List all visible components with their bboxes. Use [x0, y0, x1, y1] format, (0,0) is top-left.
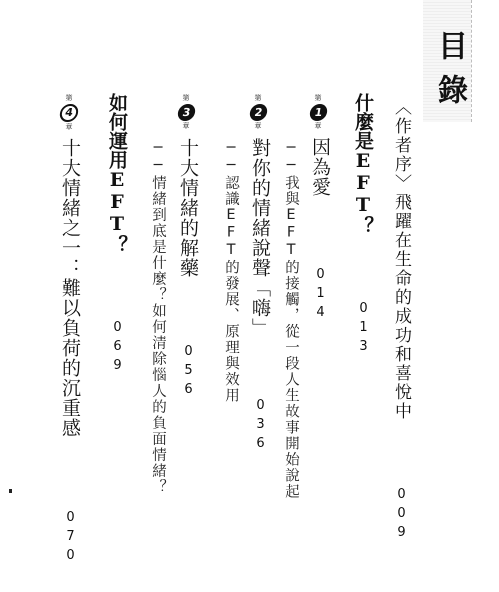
how-to-page-number: 069 — [110, 320, 125, 377]
chapter-number-icon: 4 — [58, 104, 79, 122]
chapter-2-badge: 第 2 章 — [245, 94, 271, 131]
toc-entry-chapter-1[interactable]: 因為愛 014 — [307, 137, 334, 324]
chapter-4-badge: 第 4 章 — [56, 94, 82, 132]
chapter-1-subtitle: ──我與EFT的接觸，從一段人生故事開始說起 — [281, 140, 302, 500]
chapter-3-title: 十大情緒的解藥 — [177, 138, 199, 278]
chapter-4-title: 十大情緒之一：難以負荷的沉重感 — [59, 138, 81, 438]
page-title: 目錄 — [427, 30, 471, 118]
toc-entry-what-is-eft[interactable]: 什麼是EFT？ 013 — [350, 93, 377, 358]
intro-page-number: 013 — [356, 301, 371, 358]
toc-entry-chapter-3[interactable]: 十大情緒的解藥 056 — [175, 138, 202, 401]
chapter-1-title: 因為愛 — [309, 137, 331, 197]
toc-entry-chapter-2[interactable]: 對你的情緒說聲「嗨」 036 — [247, 138, 274, 455]
toc-entry-preface[interactable]: 〈作者序〉飛躍在生命的成功和喜悅中 009 — [389, 98, 414, 544]
how-to-label: 如何運用EFT？ — [106, 93, 128, 254]
chapter-3-page-number: 056 — [181, 344, 196, 401]
chapter-3-badge: 第 3 章 — [173, 94, 199, 131]
chapter-number-icon: 1 — [308, 104, 328, 121]
chapter-1-page-number: 014 — [313, 267, 328, 324]
chapter-number-icon: 3 — [176, 104, 196, 121]
chapter-number-icon: 2 — [248, 104, 268, 121]
preface-page-number: 009 — [394, 487, 409, 544]
intro-label: 什麼是EFT？ — [352, 93, 374, 235]
toc-entry-chapter-4[interactable]: 十大情緒之一：難以負荷的沉重感 070 — [57, 138, 84, 567]
toc-entry-how-to-use-eft[interactable]: 如何運用EFT？ 069 — [104, 93, 131, 377]
toc-page: 目錄 〈作者序〉飛躍在生命的成功和喜悅中 009 什麼是EFT？ 013 第 1… — [0, 0, 499, 592]
chapter-1-badge: 第 1 章 — [305, 94, 331, 131]
chapter-4-page-number: 070 — [63, 510, 78, 567]
chapter-3-subtitle: ──情緒到底是什麼？如何清除惱人的負面情緒？ — [148, 140, 169, 495]
title-divider — [471, 0, 473, 122]
scan-speck — [9, 489, 12, 493]
chapter-2-page-number: 036 — [253, 398, 268, 455]
preface-label: 〈作者序〉飛躍在生命的成功和喜悅中 — [391, 98, 411, 421]
chapter-2-title: 對你的情緒說聲「嗨」 — [249, 138, 271, 338]
chapter-2-subtitle: ──認識EFT的發展、原理與效用 — [221, 140, 242, 404]
